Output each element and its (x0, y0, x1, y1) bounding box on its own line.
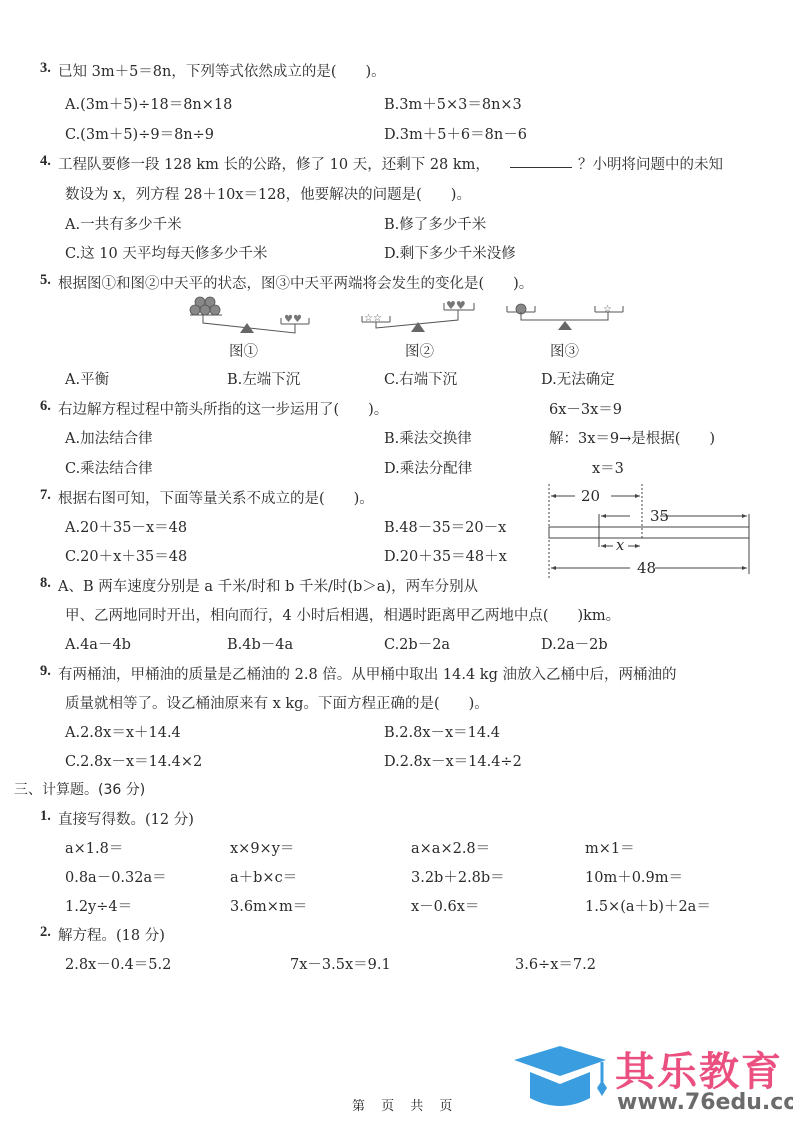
option-c[interactable]: C.右端下沉 (384, 368, 457, 389)
option-a[interactable]: A.加法结合律 (65, 427, 153, 448)
option-b[interactable]: B.4b－4a (227, 633, 293, 654)
balance-figure-2-icon: ☆☆ ♥♥ (358, 292, 488, 338)
option-a[interactable]: A.2.8x＝x＋14.4 (65, 721, 181, 742)
question-stem: 根据图①和图②中天平的状态，图③中天平两端将会发生的变化是( )。 (58, 272, 533, 293)
question-stem: 已知 3m＋5＝8n，下列等式依然成立的是( )。 (58, 60, 386, 81)
option-c[interactable]: C.这 10 天平均每天修多少千米 (65, 242, 267, 263)
part-number: 1. (40, 808, 51, 825)
option-a[interactable]: A.4a－4b (65, 633, 131, 654)
option-a[interactable]: A.一共有多少千米 (65, 213, 182, 234)
option-b[interactable]: B.修了多少千米 (384, 213, 486, 234)
question-stem-line2: 甲、乙两地同时开出，相向而行，4 小时后相遇，相遇时距离甲乙两地中点( )km。 (65, 604, 620, 625)
option-d[interactable]: D.20＋35＝48＋x (384, 545, 507, 566)
calc-item[interactable]: 3.6m×m＝ (230, 895, 307, 916)
question-stem: 工程队要修一段 128 km 长的公路，修了 10 天，还剩下 28 km， (58, 153, 490, 174)
calc-item[interactable]: m×1＝ (585, 837, 635, 858)
equation-item[interactable]: 7x－3.5x＝9.1 (290, 953, 391, 974)
figure-label-1: 图① (229, 340, 258, 361)
option-b[interactable]: B.2.8x－x＝14.4 (384, 721, 500, 742)
option-d[interactable]: D.3m＋5＋6＝8n－6 (384, 123, 527, 144)
option-b[interactable]: B.乘法交换律 (384, 427, 472, 448)
calc-item[interactable]: 3.2b＋2.8b＝ (411, 866, 505, 887)
question-number: 4. (40, 153, 51, 170)
balance-figure-3-icon: ☆ (505, 300, 630, 336)
calc-item[interactable]: a＋b×c＝ (230, 866, 297, 887)
option-d[interactable]: D.2.8x－x＝14.4÷2 (384, 750, 522, 771)
label-48: 48 (637, 559, 656, 577)
question-number: 3. (40, 60, 51, 77)
brand-name: 其乐教育 (615, 1040, 783, 1097)
option-d[interactable]: D.乘法分配律 (384, 457, 472, 478)
option-d[interactable]: D.2a－2b (541, 633, 608, 654)
svg-text:♥♥: ♥♥ (284, 314, 302, 325)
question-number: 8. (40, 575, 51, 592)
graduation-cap-icon (510, 1042, 610, 1114)
part-title: 解方程。(18 分) (58, 924, 165, 945)
section-title: 三、计算题。(36 分) (14, 779, 145, 799)
calc-item[interactable]: a×a×2.8＝ (411, 837, 490, 858)
option-b[interactable]: B.48－35＝20－x (384, 516, 506, 537)
question-number: 9. (40, 663, 51, 680)
calc-item[interactable]: x×9×y＝ (230, 837, 294, 858)
label-20: 20 (581, 487, 600, 505)
equation-item[interactable]: 3.6÷x＝7.2 (515, 953, 596, 974)
question-number: 5. (40, 272, 51, 289)
page-footer: 第 页 共 页 (352, 1095, 458, 1114)
calc-item[interactable]: 1.5×(a＋b)＋2a＝ (585, 895, 711, 916)
option-d[interactable]: D.剩下多少千米没修 (384, 242, 516, 263)
svg-text:☆☆: ☆☆ (364, 313, 382, 324)
question-stem-line2: 数设为 x，列方程 28＋10x＝128，他要解决的问题是( )。 (65, 183, 471, 204)
label-35: 35 (650, 507, 669, 525)
svg-text:☆: ☆ (603, 304, 612, 315)
question-stem-cont: ？小明将问题中的未知 (578, 153, 723, 174)
balance-figure-1-icon: ♥♥ (185, 292, 325, 338)
option-c[interactable]: C.2.8x－x＝14.4×2 (65, 750, 202, 771)
question-stem: 右边解方程过程中箭头所指的这一步运用了( )。 (58, 398, 388, 419)
brand-url[interactable]: www.76edu.com (617, 1090, 793, 1115)
equation-item[interactable]: 2.8x－0.4＝5.2 (65, 953, 171, 974)
calc-item[interactable]: 1.2y÷4＝ (65, 895, 132, 916)
option-c[interactable]: C.2b－2a (384, 633, 450, 654)
option-c[interactable]: C.20＋x＋35＝48 (65, 545, 187, 566)
figure-label-3: 图③ (550, 340, 579, 361)
figure-label-2: 图② (405, 340, 434, 361)
question-stem-line2: 质量就相等了。设乙桶油原来有 x kg。下面方程正确的是( )。 (65, 692, 489, 713)
calc-item[interactable]: a×1.8＝ (65, 837, 123, 858)
question-number: 6. (40, 398, 51, 415)
part-title: 直接写得数。(12 分) (58, 808, 194, 829)
question-stem: 根据右图可知，下面等量关系不成立的是( )。 (58, 487, 374, 508)
option-a[interactable]: A.(3m＋5)÷18＝8n×18 (65, 93, 232, 114)
part-number: 2. (40, 924, 51, 941)
calc-item[interactable]: 0.8a－0.32a＝ (65, 866, 167, 887)
answer-blank[interactable] (510, 153, 572, 168)
equation-line-2: 解：3x＝9→是根据( ) (549, 427, 715, 448)
svg-text:♥♥: ♥♥ (446, 299, 466, 312)
equation-line-1: 6x－3x＝9 (549, 398, 622, 419)
option-a[interactable]: A.20＋35－x＝48 (65, 516, 187, 537)
option-a[interactable]: A.平衡 (65, 368, 109, 389)
option-b[interactable]: B.左端下沉 (227, 368, 300, 389)
option-c[interactable]: C.(3m＋5)÷9＝8n÷9 (65, 123, 214, 144)
option-b[interactable]: B.3m＋5×3＝8n×3 (384, 93, 522, 114)
equation-line-3: x＝3 (592, 457, 624, 478)
option-c[interactable]: C.乘法结合律 (65, 457, 153, 478)
calc-item[interactable]: 10m＋0.9m＝ (585, 866, 683, 887)
label-x: x (616, 538, 624, 554)
option-d[interactable]: D.无法确定 (541, 368, 615, 389)
question-stem: 有两桶油，甲桶油的质量是乙桶油的 2.8 倍。从甲桶中取出 14.4 kg 油放… (58, 663, 676, 684)
question-number: 7. (40, 487, 51, 504)
calc-item[interactable]: x－0.6x＝ (411, 895, 479, 916)
question-stem: A、B 两车速度分别是 a 千米/时和 b 千米/时(b＞a)，两车分别从 (58, 575, 478, 596)
